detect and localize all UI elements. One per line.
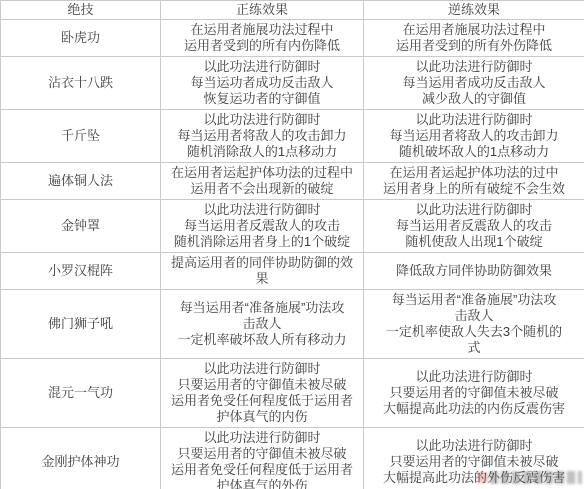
reverse-effect-cell: 在运用者运起护体功法的过中 运用者身上的所有破绽不会生效 — [364, 163, 584, 200]
normal-effect-cell: 提高运用者的同伴协助防御的效 果 — [161, 253, 364, 290]
column-header-reverse-effect: 逆练效果 — [364, 1, 584, 20]
reverse-effect-cell: 以此功法进行防御时 每当运用者反震敌人的攻击 随机使敌人出现1个破绽 — [364, 200, 584, 253]
skill-name: 千斤坠 — [1, 110, 161, 163]
normal-effect-cell: 以此功法进行防御时 只要运用者的守御值未被尽破 运用者免受任何程度低于运用者 护… — [161, 428, 364, 489]
reverse-effect-cell: 在运用者施展功法过程中 运用者受到的所有外伤降低 — [364, 20, 584, 57]
skill-name: 卧虎功 — [1, 20, 161, 57]
normal-effect-cell: 以此功法进行防御时 只要运用者的守御值未被尽破 运用者免受任何程度低于运用者 护… — [161, 359, 364, 428]
normal-effect-cell: 在运用者运起护体功法的过程中 运用者不会出现新的破绽 — [161, 163, 364, 200]
reverse-effect-cell: 以此功法进行防御时 每当运用者将敌人的攻击卸力 随机破坏敌人的1点移动力 — [364, 110, 584, 163]
reverse-effect-cell: 以此功法进行防御时 每当运用者成功反击敌人 减少敌人的守御值 — [364, 57, 584, 110]
normal-effect-cell: 每当运用者“准备施展”功法攻 击敌人 一定机率破坏敌人所有移动力 — [161, 290, 364, 359]
column-header-skill: 绝技 — [1, 1, 161, 20]
normal-effect-cell: 在运用者施展功法过程中 运用者受到的所有内伤降低 — [161, 20, 364, 57]
normal-effect-cell: 以此功法进行防御时 每当运用者反震敌人的攻击 随机消除运用者身上的1个破绽 — [161, 200, 364, 253]
normal-effect-cell: 以此功法进行防御时 每当运功者成功反击敌人 恢复运功者的守御值 — [161, 57, 364, 110]
table-row: 混元一气功 以此功法进行防御时 只要运用者的守御值未被尽破 运用者免受任何程度低… — [1, 359, 584, 428]
reverse-effect-cell: 以此功法进行防御时 只要运用者的守御值未被尽破 大幅提高此功法的内伤反震伤害 — [364, 359, 584, 428]
table-row: 千斤坠 以此功法进行防御时 每当运用者将敌人的攻击卸力 随机消除敌人的1点移动力… — [1, 110, 584, 163]
skill-name: 佛门狮子吼 — [1, 290, 161, 359]
reverse-effect-cell: 每当运用者“准备施展”功法攻 击敌人 一定机率使敌人失去3个随机的 式 — [364, 290, 584, 359]
reverse-effect-cell: 降低敌方同伴协助防御效果 — [364, 253, 584, 290]
skills-effects-page: 绝技 正练效果 逆练效果 卧虎功 在运用者施展功法过程中 运用者受到的所有内伤降… — [0, 0, 584, 489]
normal-effect-cell: 以此功法进行防御时 每当运用者将敌人的攻击卸力 随机消除敌人的1点移动力 — [161, 110, 364, 163]
column-header-normal-effect: 正练效果 — [161, 1, 364, 20]
skills-table: 绝技 正练效果 逆练效果 卧虎功 在运用者施展功法过程中 运用者受到的所有内伤降… — [0, 0, 584, 489]
table-row: 金钟罩 以此功法进行防御时 每当运用者反震敌人的攻击 随机消除运用者身上的1个破… — [1, 200, 584, 253]
table-row: 沾衣十八跌 以此功法进行防御时 每当运功者成功反击敌人 恢复运功者的守御值 以此… — [1, 57, 584, 110]
table-header-row: 绝技 正练效果 逆练效果 — [1, 1, 584, 20]
skill-name: 金刚护体神功 — [1, 428, 161, 489]
table-row: 遍体铜人法 在运用者运起护体功法的过程中 运用者不会出现新的破绽 在运用者运起护… — [1, 163, 584, 200]
table-row: 金刚护体神功 以此功法进行防御时 只要运用者的守御值未被尽破 运用者免受任何程度… — [1, 428, 584, 489]
skill-name: 遍体铜人法 — [1, 163, 161, 200]
table-row: 佛门狮子吼 每当运用者“准备施展”功法攻 击敌人 一定机率破坏敌人所有移动力 每… — [1, 290, 584, 359]
reverse-effect-cell: 以此功法进行防御时 只要运用者的守御值未被尽破 大幅提高此功法的外伤反震伤害 — [364, 428, 584, 489]
table-row: 小罗汉棍阵 提高运用者的同伴协助防御的效 果 降低敌方同伴协助防御效果 — [1, 253, 584, 290]
table-row: 卧虎功 在运用者施展功法过程中 运用者受到的所有内伤降低 在运用者施展功法过程中… — [1, 20, 584, 57]
skill-name: 沾衣十八跌 — [1, 57, 161, 110]
skill-name: 混元一气功 — [1, 359, 161, 428]
skill-name: 小罗汉棍阵 — [1, 253, 161, 290]
skill-name: 金钟罩 — [1, 200, 161, 253]
